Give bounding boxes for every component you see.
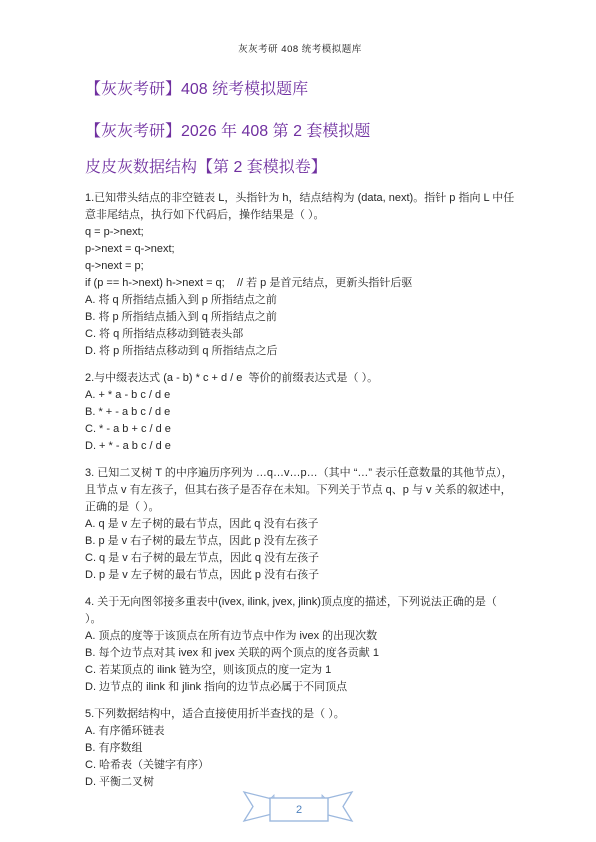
- question-4-option-b: B. 每个边节点对其 ivex 和 jvex 关联的两个顶点的度各贡献 1: [85, 645, 515, 662]
- question-4-stem: 4. 关于无向图邻接多重表中(ivex, ilink, jvex, jlink)…: [85, 594, 515, 628]
- question-1-stem: 1.已知带头结点的非空链表 L，头指针为 h，结点结构为 (data, next…: [85, 190, 515, 224]
- page-number: 2: [270, 798, 328, 821]
- question-4: 4. 关于无向图邻接多重表中(ivex, ilink, jvex, jlink)…: [85, 594, 515, 696]
- question-1-code-line: if (p == h->next) h->next = q; // 若 p 是首…: [85, 275, 515, 292]
- section-title: 皮皮灰数据结构【第 2 套模拟卷】: [85, 157, 515, 178]
- question-5-option-b: B. 有序数组: [85, 740, 515, 757]
- question-2: 2.与中缀表达式 (a - b) * c + d / e 等价的前缀表达式是（ …: [85, 370, 515, 455]
- doc-title-2: 【灰灰考研】2026 年 408 第 2 套模拟题: [85, 121, 515, 142]
- page-header: 灰灰考研 408 统考模拟题库: [85, 44, 515, 55]
- question-1-option-d: D. 将 p 所指结点移动到 q 所指结点之后: [85, 343, 515, 360]
- question-5-option-a: A. 有序循环链表: [85, 723, 515, 740]
- question-4-option-a: A. 顶点的度等于该顶点在所有边节点中作为 ivex 的出现次数: [85, 628, 515, 645]
- question-4-option-d: D. 边节点的 ilink 和 jlink 指向的边节点必属于不同顶点: [85, 679, 515, 696]
- question-1-option-b: B. 将 p 所指结点插入到 q 所指结点之前: [85, 309, 515, 326]
- question-1-option-a: A. 将 q 所指结点插入到 p 所指结点之前: [85, 292, 515, 309]
- question-5-option-c: C. 哈希表（关键字有序）: [85, 757, 515, 774]
- question-1-option-c: C. 将 q 所指结点移动到链表头部: [85, 326, 515, 343]
- page-number-ribbon: 2: [240, 789, 356, 827]
- doc-title-1: 【灰灰考研】408 统考模拟题库: [85, 79, 515, 100]
- question-5: 5.下列数据结构中，适合直接使用折半查找的是（ ）。 A. 有序循环链表 B. …: [85, 706, 515, 791]
- question-3-stem: 3. 已知二叉树 T 的中序遍历序列为 …q…v…p…（其中 “…” 表示任意数…: [85, 465, 515, 516]
- question-2-option-b: B. * + - a b c / d e: [85, 404, 515, 421]
- question-3-option-d: D. p 是 v 左子树的最右节点，因此 p 没有右孩子: [85, 567, 515, 584]
- document-page: 灰灰考研 408 统考模拟题库 【灰灰考研】408 统考模拟题库 【灰灰考研】2…: [0, 0, 596, 842]
- question-2-stem: 2.与中缀表达式 (a - b) * c + d / e 等价的前缀表达式是（ …: [85, 370, 515, 387]
- question-1: 1.已知带头结点的非空链表 L，头指针为 h，结点结构为 (data, next…: [85, 190, 515, 360]
- question-3-option-a: A. q 是 v 左子树的最右节点，因此 q 没有右孩子: [85, 516, 515, 533]
- question-4-option-c: C. 若某顶点的 ilink 链为空，则该顶点的度一定为 1: [85, 662, 515, 679]
- question-2-option-a: A. + * a - b c / d e: [85, 387, 515, 404]
- question-5-stem: 5.下列数据结构中，适合直接使用折半查找的是（ ）。: [85, 706, 515, 723]
- question-2-option-d: D. + * - a b c / d e: [85, 438, 515, 455]
- question-2-option-c: C. * - a b + c / d e: [85, 421, 515, 438]
- question-3-option-b: B. p 是 v 右子树的最左节点，因此 p 没有左孩子: [85, 533, 515, 550]
- question-3: 3. 已知二叉树 T 的中序遍历序列为 …q…v…p…（其中 “…” 表示任意数…: [85, 465, 515, 584]
- question-3-option-c: C. q 是 v 右子树的最左节点，因此 q 没有左孩子: [85, 550, 515, 567]
- question-1-code-line: q->next = p;: [85, 258, 515, 275]
- question-1-code-line: p->next = q->next;: [85, 241, 515, 258]
- question-1-code-line: q = p->next;: [85, 224, 515, 241]
